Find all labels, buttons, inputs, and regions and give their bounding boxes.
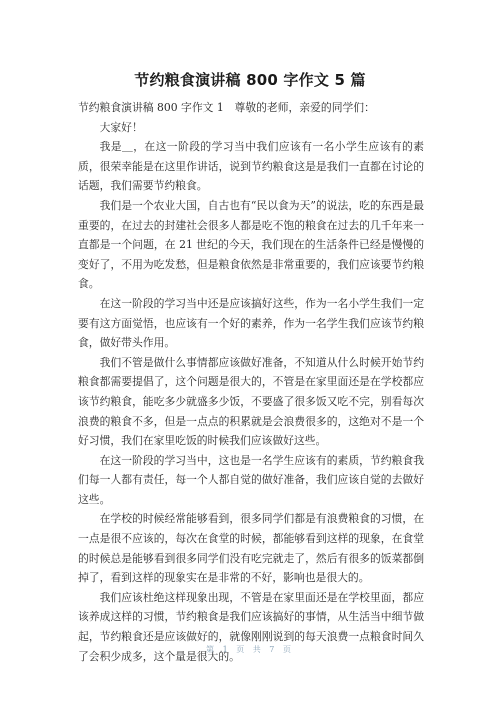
document-page: 节约粮食演讲稿 800 字作文 5 篇 节约粮食演讲稿 800 字作文 1 尊敬… — [0, 0, 500, 707]
page-number-footer: 第 1 页 共 7 页 — [0, 644, 500, 656]
paragraph-heading-line: 节约粮食演讲稿 800 字作文 1 尊敬的老师，亲爱的同学们： — [78, 98, 424, 118]
paragraph-greeting: 大家好！ — [78, 118, 424, 138]
document-title: 节约粮食演讲稿 800 字作文 5 篇 — [0, 70, 500, 90]
paragraph: 在学校的时候经常能够看到，很多同学们都是有浪费粮食的习惯，在一点是很不应该的，每… — [78, 509, 424, 587]
document-body: 节约粮食演讲稿 800 字作文 1 尊敬的老师，亲爱的同学们： 大家好！ 我是＿… — [78, 98, 424, 666]
paragraph: 我们不管是做什么事情都应该做好准备，不知道从什么时候开始节约粮食都需要提倡了，这… — [78, 353, 424, 451]
paragraph: 我们是一个农业大国，自古也有“民以食为天”的说法，吃的东西是最重要的，在过去的封… — [78, 196, 424, 294]
paragraph: 在这一阶段的学习当中，这也是一名学生应该有的素质，节约粮食我们每一人都有责任，每… — [78, 451, 424, 510]
paragraph: 我是＿，在这一阶段的学习当中我们应该有一名小学生应该有的素质，很荣幸能是在这里作… — [78, 137, 424, 196]
paragraph: 在这一阶段的学习当中还是应该搞好这些，作为一名小学生我们一定要有这方面觉悟，也应… — [78, 294, 424, 353]
